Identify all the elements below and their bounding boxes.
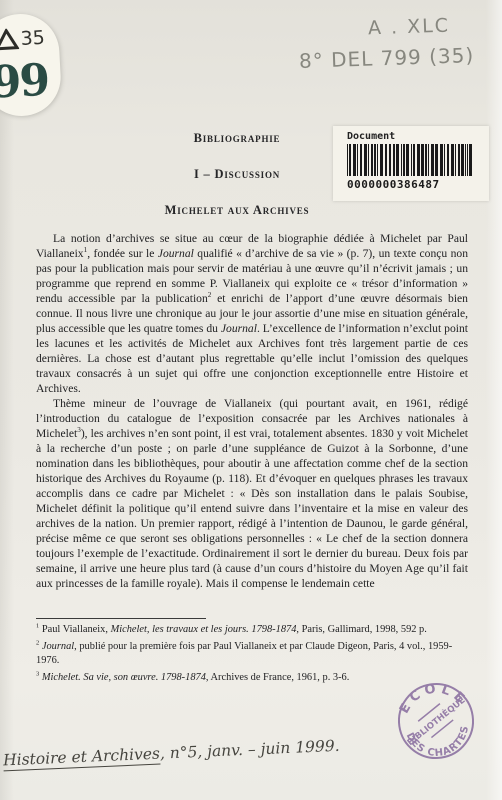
- barcode-label: Document: [347, 131, 489, 142]
- text-segment: Journal: [221, 322, 257, 335]
- citation-journal-title: Histoire et Archives: [3, 745, 161, 772]
- text-segment: Journal: [42, 641, 74, 652]
- barcode-bar: [353, 144, 356, 176]
- barcode-bar: [421, 144, 424, 176]
- barcode-bar: [413, 144, 415, 176]
- barcode-bar: [431, 144, 434, 176]
- paragraph-2: Thème mineur de l’ouvrage de Viallaneix …: [36, 396, 468, 591]
- handwritten-shelfmark-line2: 8° DEL 799 (35): [299, 43, 475, 73]
- text-segment: Michelet. Sa vie, son œuvre. 1798-1874: [42, 672, 206, 683]
- barcode-bar: [349, 144, 351, 176]
- citation-issue-info: , n°5, janv. – juin 1999.: [160, 737, 340, 763]
- barcode-bar: [357, 144, 358, 176]
- library-stamp: ECOLE DES CHARTES BIBLIOTHÈQUE: [394, 679, 478, 763]
- barcode-bar: [393, 144, 395, 176]
- barcode-bar: [428, 144, 429, 176]
- barcode-bar: [368, 144, 369, 176]
- barcode-bar: [455, 144, 456, 176]
- handwritten-shelfmark-line1: A . XLC: [368, 15, 451, 40]
- barcode-bar: [411, 144, 412, 176]
- barcode-bar: [444, 144, 445, 176]
- text-segment: ), les archives n’en sont point, il est …: [36, 427, 468, 590]
- text-segment: , publié pour la première fois par Paul …: [36, 641, 452, 665]
- barcode-bar: [417, 144, 420, 176]
- footnote-separator-rule: [36, 618, 206, 619]
- barcode-bar: [371, 144, 373, 176]
- page-title-michelet-aux-archives: Michelet aux Archives: [20, 203, 454, 218]
- barcode-bar: [435, 144, 438, 176]
- barcode-bar: [467, 144, 468, 176]
- barcode-bar: [406, 144, 409, 176]
- barcode-bar: [360, 144, 362, 176]
- call-number-large: 99: [0, 55, 49, 109]
- handwritten-citation: Histoire et Archives, n°5, janv. – juin …: [3, 737, 343, 770]
- footnote-1: 1 Paul Viallaneix, Michelet, les travaux…: [36, 623, 472, 636]
- triangle-icon: [0, 28, 19, 51]
- barcode-bar: [451, 144, 454, 176]
- text-segment: Journal: [158, 247, 194, 260]
- text-segment: , Paris, Gallimard, 1998, 592 p.: [296, 624, 426, 635]
- barcode-bar: [380, 144, 383, 176]
- text-segment: Michelet, les travaux et les jours. 1798…: [111, 624, 297, 635]
- barcode-bar: [403, 144, 405, 176]
- barcode-bar: [469, 144, 472, 176]
- call-number-small: 35: [20, 27, 45, 50]
- body-text: La notion d’archives se situe au cœur de…: [36, 231, 468, 591]
- paragraph-1: La notion d’archives se situe au cœur de…: [36, 231, 468, 396]
- barcode-bar: [458, 144, 460, 176]
- call-number-sticker: 35 99: [0, 12, 63, 118]
- scanned-document-page: 35 99 A . XLC 8° DEL 799 (35) Bibliograp…: [0, 0, 502, 800]
- barcode-sticker: Document 0000000386487: [333, 126, 489, 201]
- barcode-bar: [389, 144, 391, 176]
- text-segment: Paul Viallaneix,: [39, 624, 110, 635]
- barcode-bar: [377, 144, 378, 176]
- barcode-bar: [401, 144, 402, 176]
- barcode-bar: [347, 144, 348, 176]
- barcode-bar: [425, 144, 427, 176]
- text-segment: , fondée sur le: [87, 247, 158, 260]
- barcode-bar: [364, 144, 367, 176]
- text-segment: , Archives de France, 1961, p. 3-6.: [206, 672, 349, 683]
- barcode-bar: [374, 144, 376, 176]
- barcode-bar: [385, 144, 387, 176]
- barcode-bar: [396, 144, 399, 176]
- call-number-top-row: 35: [0, 27, 45, 52]
- barcode-bar: [461, 144, 464, 176]
- barcode-bars: [347, 144, 473, 176]
- barcode-bar: [465, 144, 466, 176]
- barcode-bar: [440, 144, 443, 176]
- footnote-2: 2 Journal, publié pour la première fois …: [36, 640, 472, 667]
- barcode-number: 0000000386487: [347, 178, 489, 191]
- barcode-bar: [447, 144, 449, 176]
